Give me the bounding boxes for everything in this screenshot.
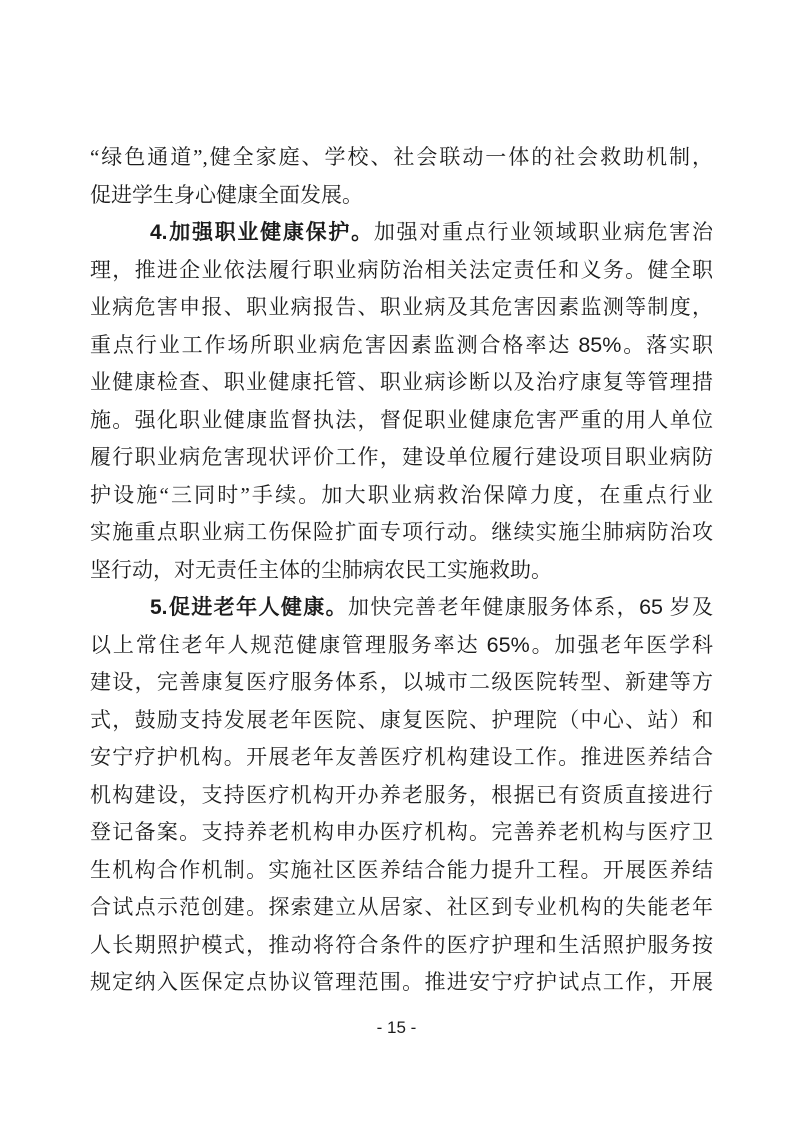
text-line: 4.加强职业健康保护。加强对重点行业领域职业病危害治	[90, 214, 713, 252]
body-text: 合试点示范创建。探索建立从居家、社区到专业机构的失能老年	[90, 895, 713, 919]
numeric-value: 85%	[578, 333, 621, 357]
text-line: 施。强化职业健康监督执法，督促职业健康危害严重的用人单位	[90, 402, 713, 440]
text-line: 5.促进老年人健康。加快完善老年健康服务体系，65 岁及	[90, 589, 713, 627]
body-text: 坚行动，对无责任主体的尘肺病农民工实施救助。	[90, 558, 552, 582]
body-text: 建设，完善康复医疗服务体系，以城市二级医院转型、新建等方	[90, 670, 713, 694]
text-line: 坚行动，对无责任主体的尘肺病农民工实施救助。	[90, 552, 713, 590]
text-line: 建设，完善康复医疗服务体系，以城市二级医院转型、新建等方	[90, 664, 713, 702]
text-line: 履行职业病危害现状评价工作，建设单位履行建设项目职业病防	[90, 439, 713, 477]
body-text: 履行职业病危害现状评价工作，建设单位履行建设项目职业病防	[90, 445, 713, 469]
text-line: 业病危害申报、职业病报告、职业病及其危害因素监测等制度，	[90, 289, 713, 327]
text-line: 护设施“三同时”手续。加大职业病救治保障力度，在重点行业	[90, 477, 713, 515]
text-line: 人长期照护模式，推动将符合条件的医疗护理和生活照护服务按	[90, 927, 713, 965]
body-text: 式，鼓励支持发展老年医院、康复医院、护理院（中心、站）和	[90, 708, 713, 732]
body-text: 人长期照护模式，推动将符合条件的医疗护理和生活照护服务按	[90, 933, 713, 957]
body-text: 规定纳入医保定点协议管理范围。推进安宁疗护试点工作，开展	[90, 970, 713, 994]
body-text: 理，推进企业依法履行职业病防治相关法定责任和义务。健全职	[90, 258, 713, 282]
text-line: 式，鼓励支持发展老年医院、康复医院、护理院（中心、站）和	[90, 702, 713, 740]
body-text: 岁及	[663, 595, 713, 619]
body-text: 促进学生身心健康全面发展。	[90, 183, 363, 207]
numeric-value: 65	[639, 595, 663, 619]
text-line: 机构建设，支持医疗机构开办养老服务，根据已有资质直接进行	[90, 777, 713, 815]
section-heading-text: 促进老年人健康。	[168, 595, 349, 619]
document-text: “绿色通道”,健全家庭、学校、社会联动一体的社会救助机制，促进学生身心健康全面发…	[90, 139, 713, 1002]
body-text: 施。强化职业健康监督执法，督促职业健康危害严重的用人单位	[90, 408, 713, 432]
text-line: 重点行业工作场所职业病危害因素监测合格率达 85%。落实职	[90, 327, 713, 365]
text-line: 实施重点职业病工伤保险扩面专项行动。继续实施尘肺病防治攻	[90, 514, 713, 552]
body-text: 实施重点职业病工伤保险扩面专项行动。继续实施尘肺病防治攻	[90, 520, 713, 544]
text-line: “绿色通道”,健全家庭、学校、社会联动一体的社会救助机制，	[90, 139, 713, 177]
text-line: 促进学生身心健康全面发展。	[90, 177, 713, 215]
body-text: 。落实职	[621, 333, 713, 357]
body-text: 机构建设，支持医疗机构开办养老服务，根据已有资质直接进行	[90, 783, 713, 807]
body-text: 登记备案。支持养老机构申办医疗机构。完善养老机构与医疗卫	[90, 820, 713, 844]
text-line: 业健康检查、职业健康托管、职业病诊断以及治疗康复等管理措	[90, 364, 713, 402]
body-text: 加强对重点行业领域职业病危害治	[374, 220, 713, 244]
text-line: 合试点示范创建。探索建立从居家、社区到专业机构的失能老年	[90, 889, 713, 927]
text-line: 以上常住老年人规范健康管理服务率达 65%。加强老年医学科	[90, 627, 713, 665]
body-text: 以上常住老年人规范健康管理服务率达	[90, 633, 487, 657]
section-heading-number: 5.	[150, 596, 168, 619]
text-line: 规定纳入医保定点协议管理范围。推进安宁疗护试点工作，开展	[90, 964, 713, 1002]
body-text: 生机构合作机制。实施社区医养结合能力提升工程。开展医养结	[90, 858, 713, 882]
text-line: 生机构合作机制。实施社区医养结合能力提升工程。开展医养结	[90, 852, 713, 890]
numeric-value: 65%	[487, 633, 530, 657]
body-text: 重点行业工作场所职业病危害因素监测合格率达	[90, 333, 578, 357]
page-number: - 15 -	[0, 1018, 793, 1038]
body-text: 业健康检查、职业健康托管、职业病诊断以及治疗康复等管理措	[90, 370, 713, 394]
text-line: 登记备案。支持养老机构申办医疗机构。完善养老机构与医疗卫	[90, 814, 713, 852]
body-text: 护设施“三同时”手续。加大职业病救治保障力度，在重点行业	[90, 483, 713, 507]
section-heading-text: 加强职业健康保护。	[168, 220, 374, 244]
body-text: 安宁疗护机构。开展老年友善医疗机构建设工作。推进医养结合	[90, 745, 713, 769]
body-text: “绿色通道”,健全家庭、学校、社会联动一体的社会救助机制，	[90, 145, 713, 169]
body-text: 业病危害申报、职业病报告、职业病及其危害因素监测等制度，	[90, 295, 713, 319]
body-text: 。加强老年医学科	[530, 633, 713, 657]
text-line: 理，推进企业依法履行职业病防治相关法定责任和义务。健全职	[90, 252, 713, 290]
text-line: 安宁疗护机构。开展老年友善医疗机构建设工作。推进医养结合	[90, 739, 713, 777]
section-heading-number: 4.	[150, 221, 168, 244]
body-text: 加快完善老年健康服务体系，	[348, 595, 639, 619]
